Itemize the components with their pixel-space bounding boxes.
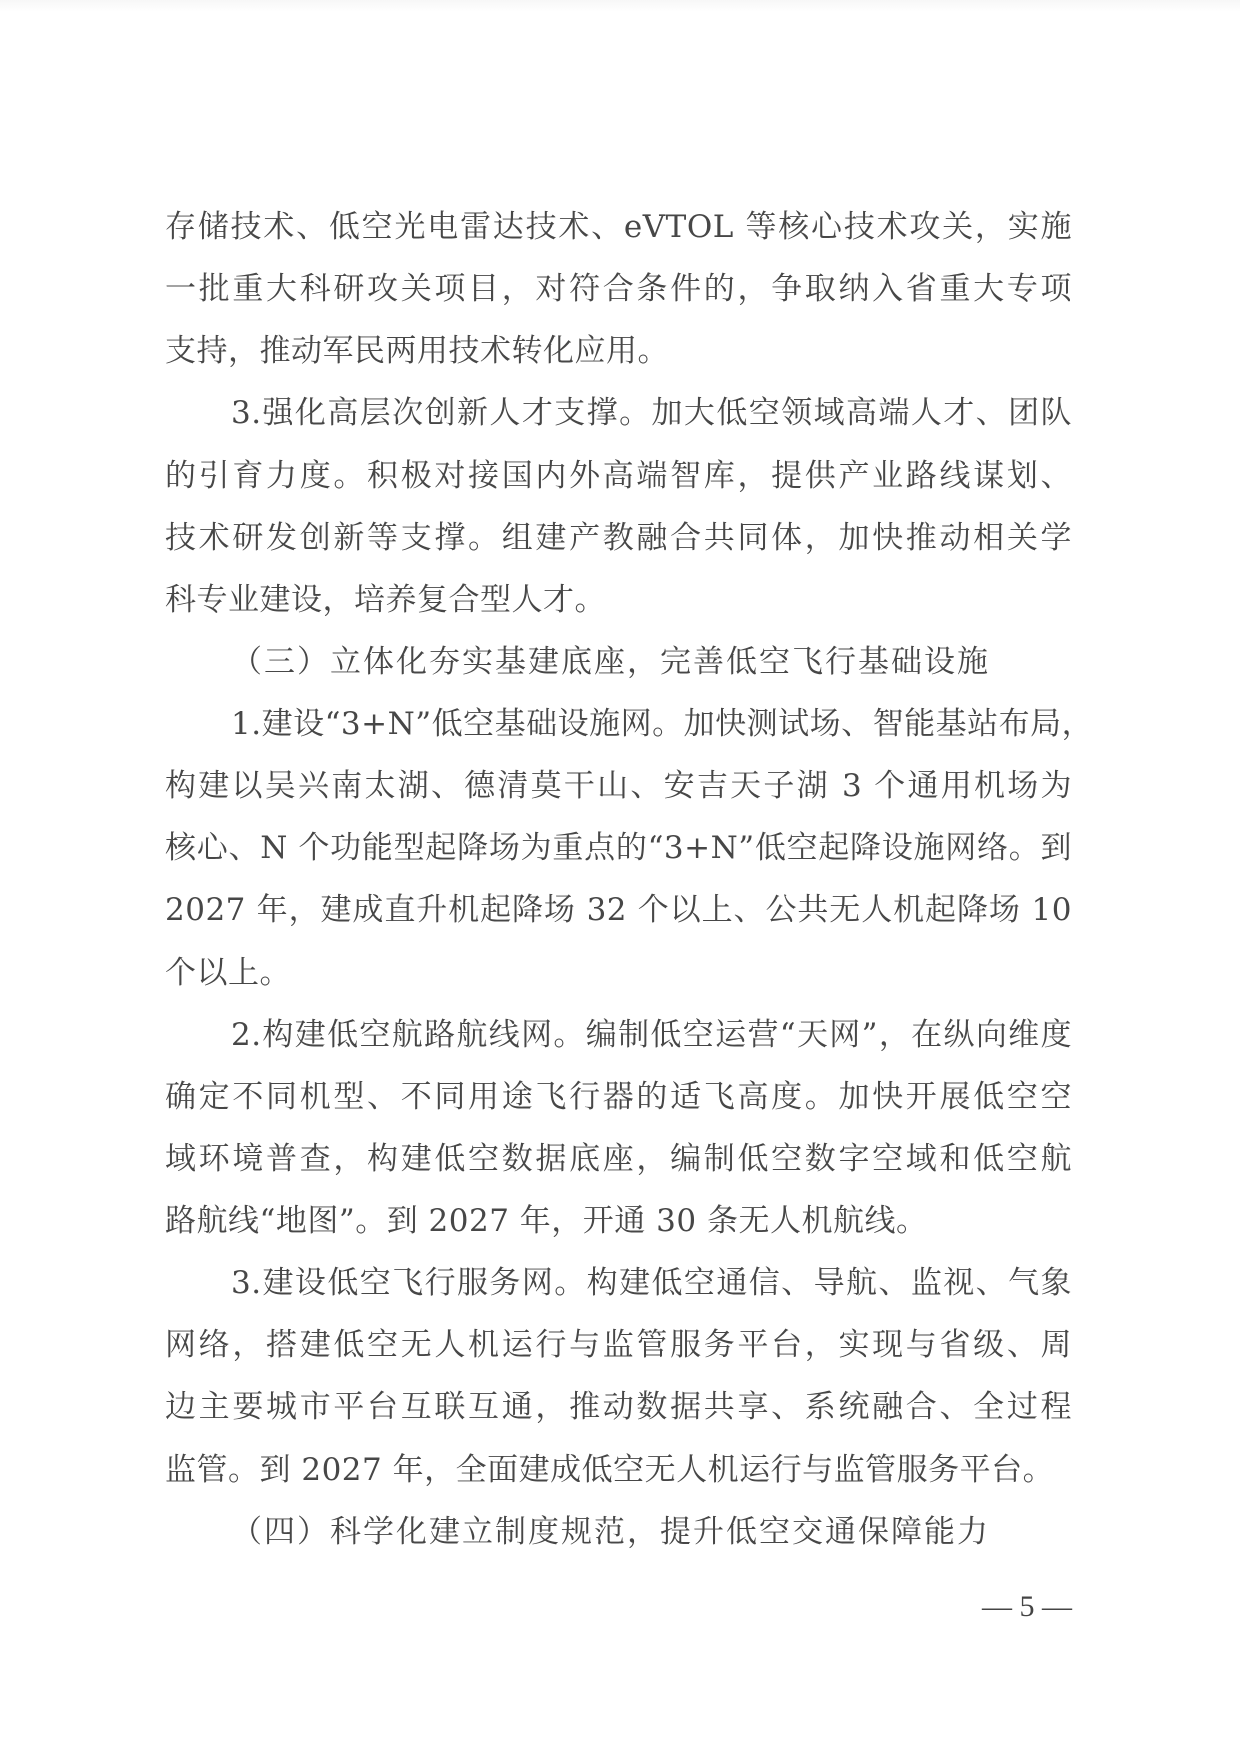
text-line: 确定不同机型、不同用途飞行器的适飞高度。加快开展低空空	[165, 1066, 1072, 1128]
text-line: 边主要城市平台互联互通，推动数据共享、系统融合、全过程	[165, 1376, 1072, 1438]
body-text: 存储技术、低空光电雷达技术、eVTOL 等核心技术攻关，实施 一批重大科研攻关项…	[165, 196, 1072, 1563]
paragraph-route-network: 2.构建低空航路航线网。编制低空运营“天网”，在纵向维度 确定不同机型、不同用途…	[165, 1004, 1072, 1253]
text-line: 监管。到 2027 年，全面建成低空无人机运行与监管服务平台。	[165, 1439, 1072, 1501]
text-line: 1.建设“3+N”低空基础设施网。加快测试场、智能基站布局，	[165, 693, 1072, 755]
text-line: 一批重大科研攻关项目，对符合条件的，争取纳入省重大专项	[165, 258, 1072, 320]
text-line: 域环境普查，构建低空数据底座，编制低空数字空域和低空航	[165, 1128, 1072, 1190]
text-line: 构建以吴兴南太湖、德清莫干山、安吉天子湖 3 个通用机场为	[165, 755, 1072, 817]
text-line: 2.构建低空航路航线网。编制低空运营“天网”，在纵向维度	[165, 1004, 1072, 1066]
text-line: 核心、N 个功能型起降场为重点的“3+N”低空起降设施网络。到	[165, 817, 1072, 879]
text-line: 3.强化高层次创新人才支撑。加大低空领域高端人才、团队	[165, 382, 1072, 444]
text-line: 技术研发创新等支撑。组建产教融合共同体，加快推动相关学	[165, 507, 1072, 569]
text-line: 的引育力度。积极对接国内外高端智库，提供产业路线谋划、	[165, 445, 1072, 507]
paragraph-flight-service-network: 3.建设低空飞行服务网。构建低空通信、导航、监视、气象 网络，搭建低空无人机运行…	[165, 1252, 1072, 1501]
text-line: 科专业建设，培养复合型人才。	[165, 569, 1072, 631]
heading-line: （三）立体化夯实基建底座，完善低空飞行基础设施	[165, 631, 1072, 693]
page-number: — 5 —	[982, 1588, 1072, 1626]
text-line: 网络，搭建低空无人机运行与监管服务平台，实现与省级、周	[165, 1314, 1072, 1376]
section-heading-3: （三）立体化夯实基建底座，完善低空飞行基础设施	[165, 631, 1072, 693]
scan-artifact-band	[0, 0, 1240, 12]
section-heading-4: （四）科学化建立制度规范，提升低空交通保障能力	[165, 1501, 1072, 1563]
text-line: 3.建设低空飞行服务网。构建低空通信、导航、监视、气象	[165, 1252, 1072, 1314]
document-page: 存储技术、低空光电雷达技术、eVTOL 等核心技术攻关，实施 一批重大科研攻关项…	[0, 0, 1240, 1753]
text-line: 存储技术、低空光电雷达技术、eVTOL 等核心技术攻关，实施	[165, 196, 1072, 258]
heading-line: （四）科学化建立制度规范，提升低空交通保障能力	[165, 1501, 1072, 1563]
paragraph-infrastructure-network: 1.建设“3+N”低空基础设施网。加快测试场、智能基站布局， 构建以吴兴南太湖、…	[165, 693, 1072, 1004]
text-line: 2027 年，建成直升机起降场 32 个以上、公共无人机起降场 10	[165, 879, 1072, 941]
paragraph-talent-support: 3.强化高层次创新人才支撑。加大低空领域高端人才、团队 的引育力度。积极对接国内…	[165, 382, 1072, 631]
text-line: 支持，推动军民两用技术转化应用。	[165, 320, 1072, 382]
text-line: 路航线“地图”。到 2027 年，开通 30 条无人机航线。	[165, 1190, 1072, 1252]
text-line: 个以上。	[165, 942, 1072, 1004]
paragraph-continuation: 存储技术、低空光电雷达技术、eVTOL 等核心技术攻关，实施 一批重大科研攻关项…	[165, 196, 1072, 382]
